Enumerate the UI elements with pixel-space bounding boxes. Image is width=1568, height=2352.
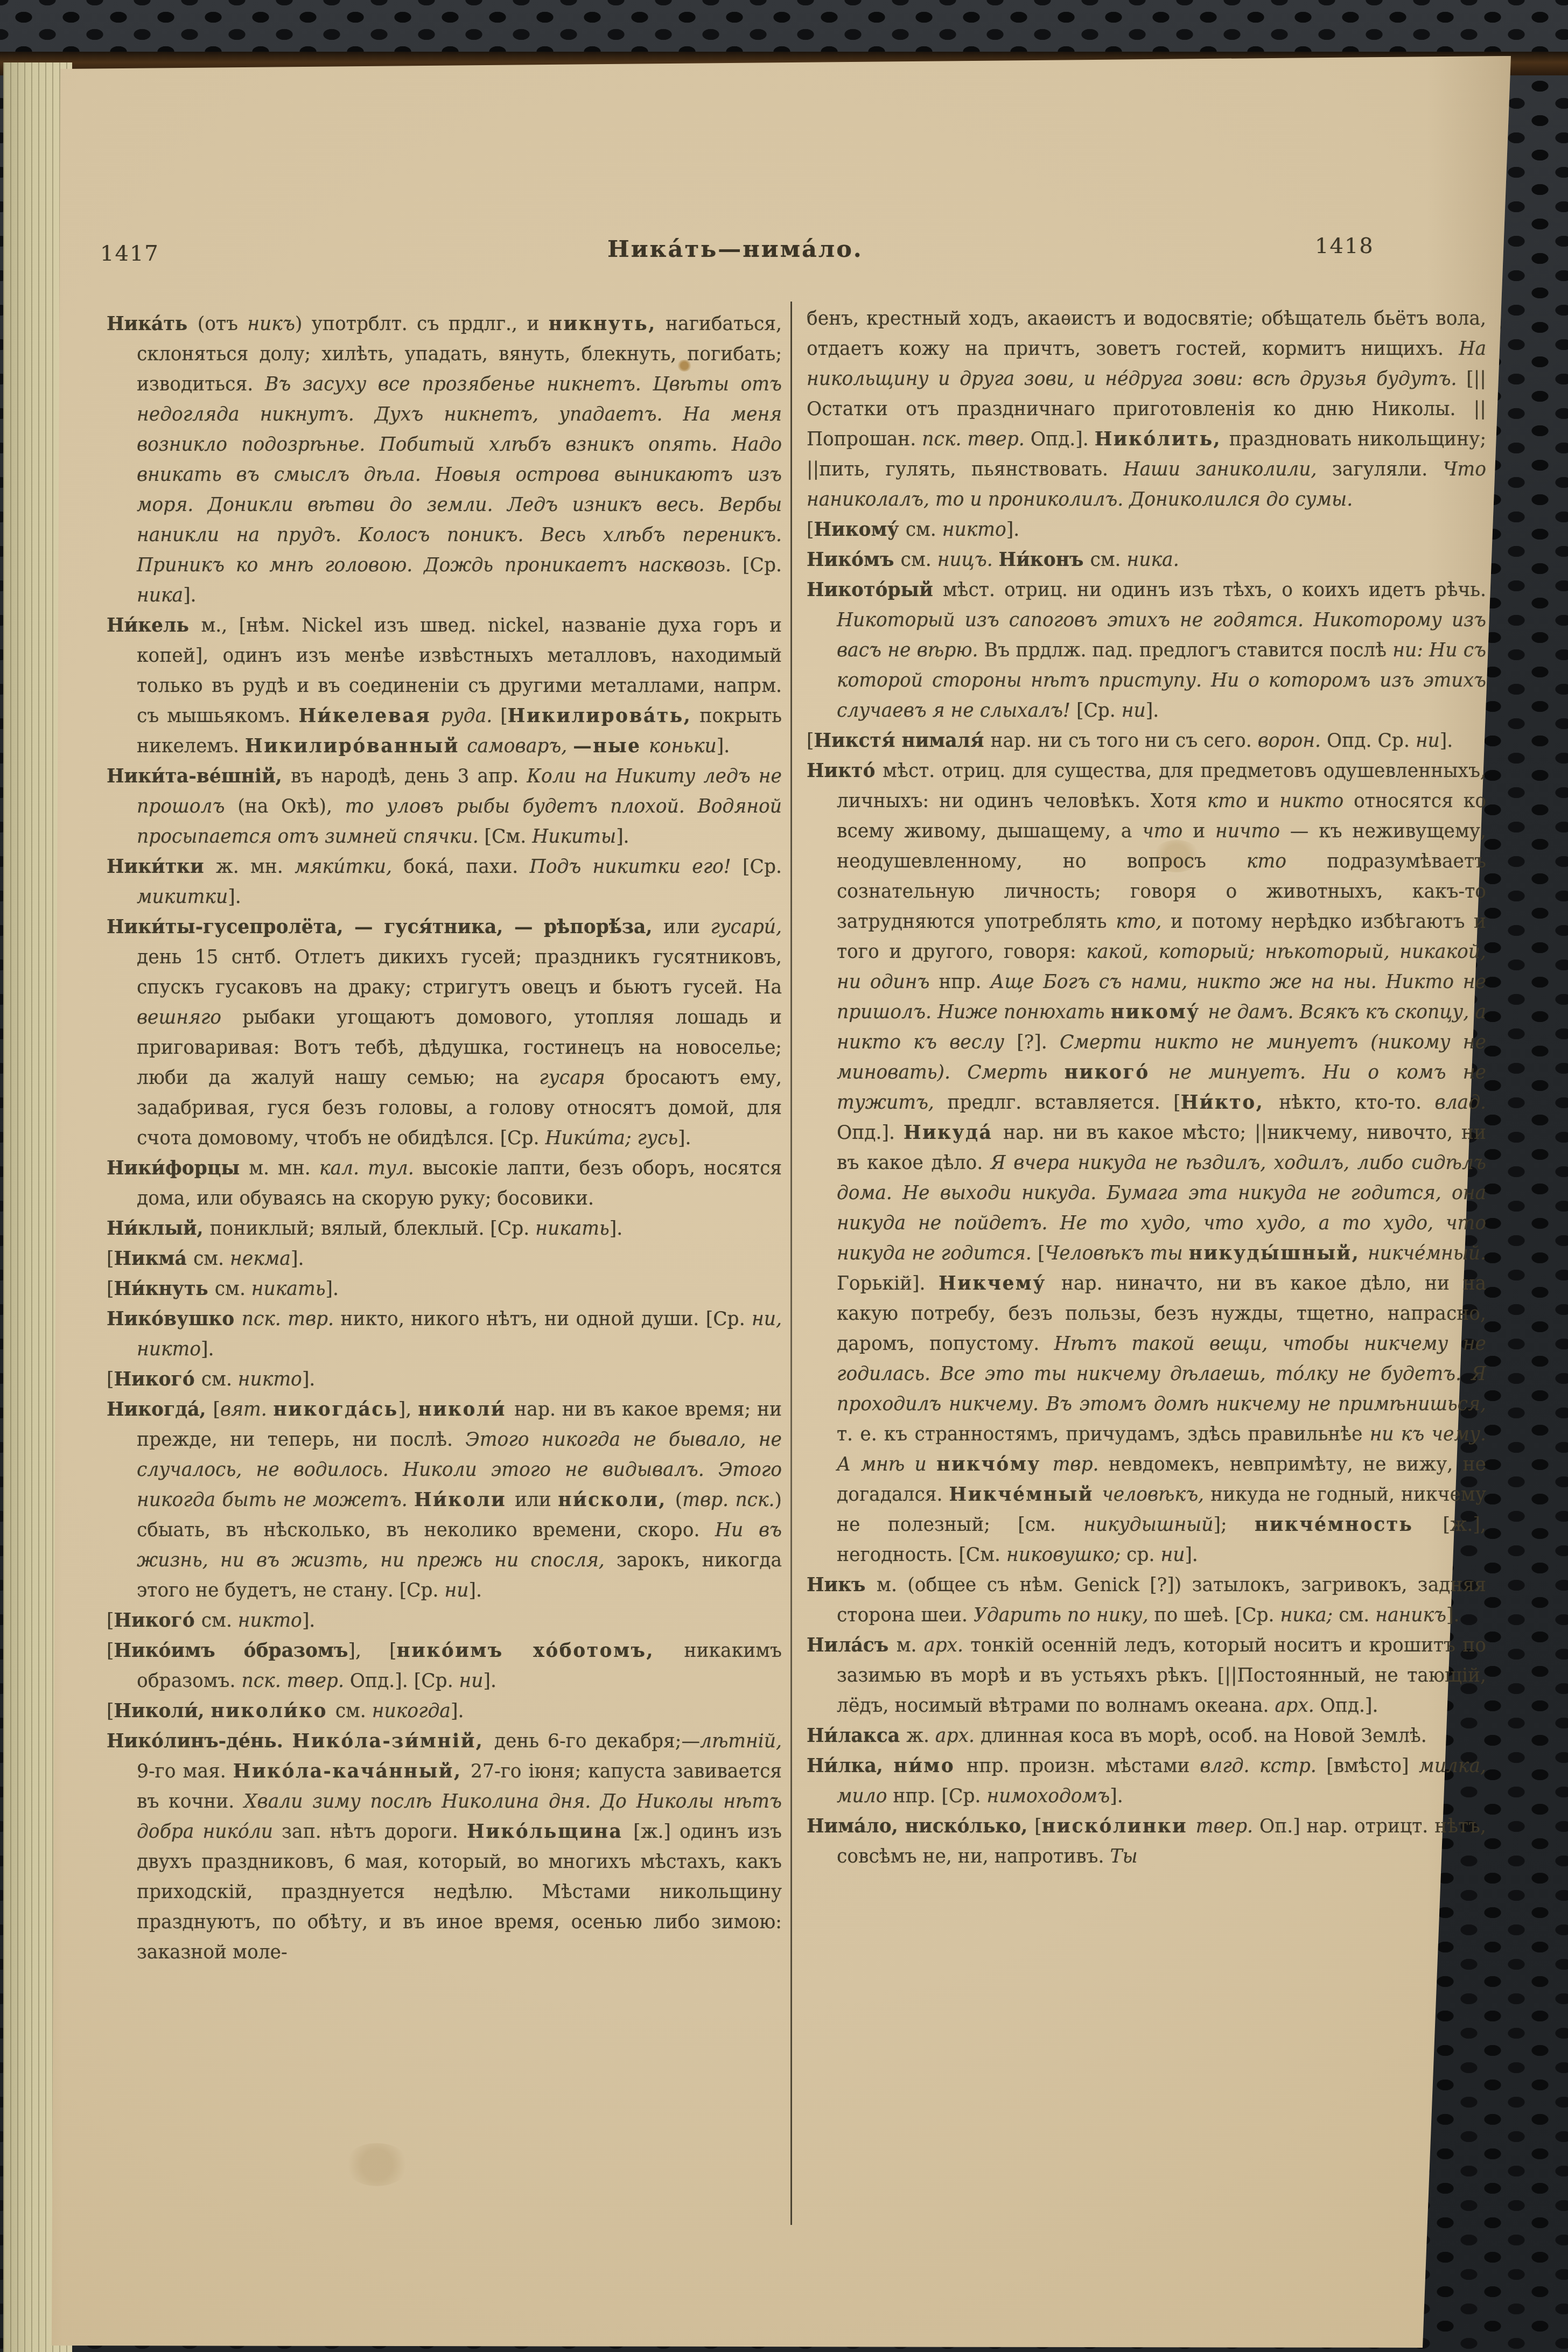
book-scan: 1417 Ника́ть—нима́ло. 1418 Ника́ть (отъ … (0, 0, 1568, 2352)
running-head: Ника́ть—нима́ло. (607, 236, 863, 263)
dictionary-entry: [Николи́, николи́ко см. никогда]. (107, 1696, 782, 1726)
dictionary-entry: Ника́ть (отъ никъ) употрблт. съ прдлг., … (107, 309, 782, 611)
right-column: бенъ, крестный ходъ, акаѳистъ и водосвят… (807, 304, 1486, 2225)
dictionary-entry: Никото́рый мѣст. отриц. ни одинъ изъ тѣх… (807, 575, 1486, 726)
dictionary-entry: [Никому́ см. никто]. (807, 515, 1486, 545)
dictionary-entry: Нико́мъ см. ницъ. Ни́конъ см. ника. (807, 545, 1486, 575)
dictionary-entry: Ни́лка, ни́мо нпр. произн. мѣстами влгд.… (807, 1751, 1486, 1811)
dictionary-entry: [Никого́ см. никто]. (107, 1364, 782, 1395)
dictionary-entry: [Никма́ см. некма]. (107, 1244, 782, 1274)
dictionary-entry: Ники́форцы м. мн. кал. тул. высокіе лапт… (107, 1153, 782, 1214)
column-divider (790, 302, 792, 2225)
dictionary-entry: Ни́лакса ж. арх. длинная коса въ морѣ, о… (807, 1721, 1486, 1751)
dictionary-entry: Никогда́, [вят. никогда́сь], николи́ нар… (107, 1395, 782, 1606)
left-column: Ника́ть (отъ никъ) употрблт. съ прдлг., … (107, 309, 782, 2222)
dictionary-entry: [Ни́кнуть см. никать]. (107, 1274, 782, 1304)
dictionary-entry: Ники́ты-гусепролёта, — гуся́тника, — рѣп… (107, 912, 782, 1153)
dictionary-entry: [Никого́ см. никто]. (107, 1606, 782, 1636)
dictionary-entry: [Никстя́ нималя́ нар. ни съ того ни съ с… (807, 726, 1486, 756)
dictionary-entry: бенъ, крестный ходъ, акаѳистъ и водосвят… (807, 304, 1486, 515)
dictionary-entry: Ни́кель м., [нѣм. Nickel изъ швед. nicke… (107, 611, 782, 761)
dictionary-entry: Нико́вушко пск. твр. никто, никого нѣтъ,… (107, 1304, 782, 1364)
dictionary-entry: Ники́та-ве́шній, въ народѣ, день 3 апр. … (107, 761, 782, 852)
dictionary-entry: Нима́ло, ниско́лько, [ниско́линки твер. … (807, 1811, 1486, 1872)
dictionary-entry: [Нико́имъ о́бразомъ], [нико́имъ хо́ботом… (107, 1636, 782, 1696)
page-number-left: 1417 (100, 241, 159, 266)
page-number-right: 1418 (1315, 234, 1374, 258)
dictionary-entry: Никто́ мѣст. отриц. для существа, для пр… (807, 756, 1486, 1570)
dictionary-entry: Нила́съ м. арх. тонкій осенній ледъ, кот… (807, 1630, 1486, 1721)
dictionary-entry: Ники́тки ж. мн. мяки́тки, бока́, пахи. П… (107, 852, 782, 912)
dictionary-entry: Нико́линъ-де́нь. Нико́ла-зи́мній, день 6… (107, 1726, 782, 1968)
dictionary-entry: Ни́клый, пониклый; вялый, блеклый. [Ср. … (107, 1214, 782, 1244)
dictionary-entry: Никъ м. (общее съ нѣм. Genick [?]) затыл… (807, 1570, 1486, 1630)
